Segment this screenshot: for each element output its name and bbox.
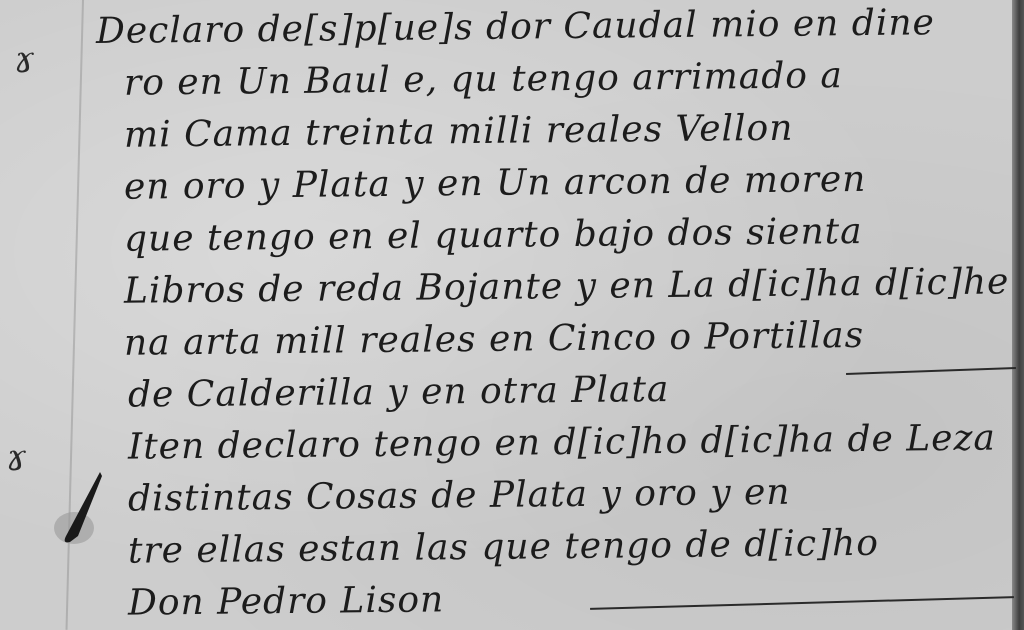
manuscript-text: Declaro de[s]p[ue]s dor Caudal mio en di… bbox=[96, 6, 1008, 630]
paragraph-mark-icon: ɤ bbox=[14, 40, 34, 81]
manuscript-line: de Calderilla y en otra Plata bbox=[96, 360, 1008, 422]
manuscript-line: ro en Un Baul e, qu tengo arrimado a bbox=[96, 48, 1008, 110]
manuscript-line: Iten declaro tengo en d[ic]ho d[ic]ha de… bbox=[96, 412, 1008, 474]
paragraph-mark-icon: ɤ bbox=[6, 438, 26, 479]
manuscript-line: mi Cama treinta milli reales Vellon bbox=[96, 100, 1008, 162]
manuscript-line: Libros de reda Bojante y en La d[ic]ha d… bbox=[96, 256, 1008, 318]
manuscript-line: en oro y Plata y en Un arcon de moren bbox=[96, 152, 1008, 214]
binding-edge bbox=[1012, 0, 1024, 630]
manuscript-line: distintas Cosas de Plata y oro y en bbox=[96, 464, 1008, 526]
manuscript-line: que tengo en el quarto bajo dos sienta bbox=[96, 204, 1008, 266]
manuscript-line: na arta mill reales en Cinco o Portillas bbox=[96, 308, 1008, 370]
manuscript-line: tre ellas estan las que tengo de d[ic]ho bbox=[96, 516, 1008, 578]
manuscript-page: ɤ ɤ Declaro de[s]p[ue]s dor Caudal mio e… bbox=[0, 0, 1024, 630]
